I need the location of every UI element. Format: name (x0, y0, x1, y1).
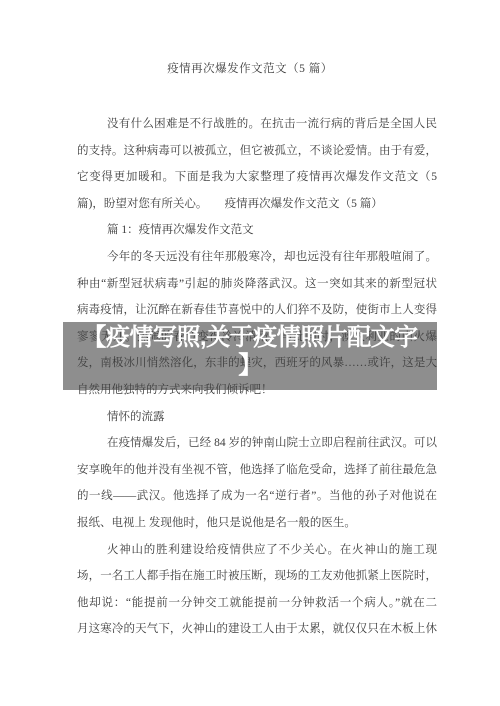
caption-overlay-text: 【疫情写照,关于疫情照片配文字 (63, 324, 437, 352)
document-text-line: 火神山的胜利建设给疫情供应了不少关心。在火神山的施工现 (77, 537, 437, 564)
document-text-line: 病毒疫情，让沉醉在新春佳节喜悦中的人们猝不及防，使街市上人变得 (77, 297, 437, 324)
document-text-line: 的一线——武汉。他选择了成为一名“逆行者”。当他的孙子对他说在 (77, 483, 437, 510)
document-text-line: 种由“新型冠状病毒”引起的肺炎降落武汉。这一突如其来的新型冠状 (77, 271, 437, 298)
document-page: 疫情再次爆发作文范文（5 篇） 没有什么困难是不行战胜的。在抗击一流行病的背后是… (0, 0, 500, 706)
document-title: 疫情再次爆发作文范文（5 篇） (0, 62, 500, 76)
document-text-line: 月这寒冷的天气下，火神山的建设工人由于太累，就仅仅只在木板上休 (77, 616, 437, 643)
document-text-line: 报纸、电视上 发现他时，他只是说他是名一般的医生。 (77, 510, 437, 537)
document-text-line: 安享晚年的他并没有坐视不管，他选择了临危受命，选择了前往最危急 (77, 457, 437, 484)
document-text-line: 在疫情爆发后，已经 84 岁的钟南山院士立即启程前往武汉。可以 (77, 430, 437, 457)
document-text-line: 他却说：“能提前一分钟交工就能提前一分钟救活一个病人。”就在二 (77, 590, 437, 617)
caption-overlay-banner: 【疫情写照,关于疫情照片配文字 】 (63, 322, 437, 390)
caption-overlay-close-bracket: 】 (63, 352, 437, 380)
document-text-line: 没有什么困难是不行战胜的。在抗击一流行病的背后是全国人民 (77, 111, 437, 138)
document-text-line: 的支持。这种病毒可以被孤立，但它被孤立，不谈论爱情。由于有爱， (77, 138, 437, 165)
document-text-line: 篇 1：疫情再次爆发作文范文 (77, 217, 437, 244)
document-text-line: 情怀的流露 (77, 404, 437, 431)
document-text-line: 场，一名工人都手指在施工时被压断，现场的工友劝他抓紧上医院时， (77, 563, 437, 590)
document-text-line: 篇)，盼望对您有所关心。 疫情再次爆发作文范文（5 篇） (77, 191, 437, 218)
document-text-line: 它变得更加暖和。下面是我为大家整理了疫情再次爆发作文范文（5 (77, 164, 437, 191)
document-text-line: 今年的冬天远没有往年那般寒冷，却也远没有往年那般喧闹了。一 (77, 244, 437, 271)
